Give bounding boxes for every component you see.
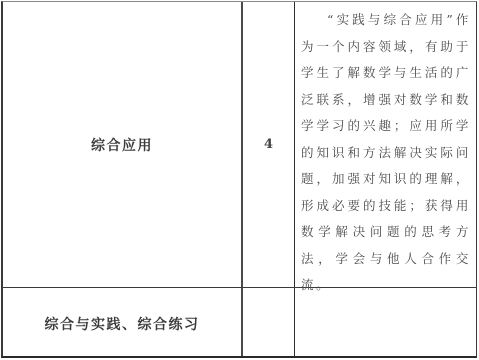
topic-label: 综合与实践、综合练习 xyxy=(45,314,200,334)
description-text: “实践与综合应用”作为一个内容领域，有助于学生了解数学与生活的广泛联系，增强对数… xyxy=(301,7,471,299)
table-cell-description: “实践与综合应用”作为一个内容领域，有助于学生了解数学与生活的广泛联系，增强对数… xyxy=(295,2,478,287)
table-cell-topic: 综合与实践、综合练习 xyxy=(3,288,241,357)
hours-value: 4 xyxy=(264,137,273,152)
table-cell-description xyxy=(295,288,478,357)
table-cell-hours xyxy=(243,288,294,357)
curriculum-table: 综合应用 4 “实践与综合应用”作为一个内容领域，有助于学生了解数学与生活的广泛… xyxy=(1,1,477,358)
topic-label: 综合应用 xyxy=(91,135,153,155)
table-cell-hours: 4 xyxy=(243,2,294,287)
table-cell-topic: 综合应用 xyxy=(3,2,241,287)
